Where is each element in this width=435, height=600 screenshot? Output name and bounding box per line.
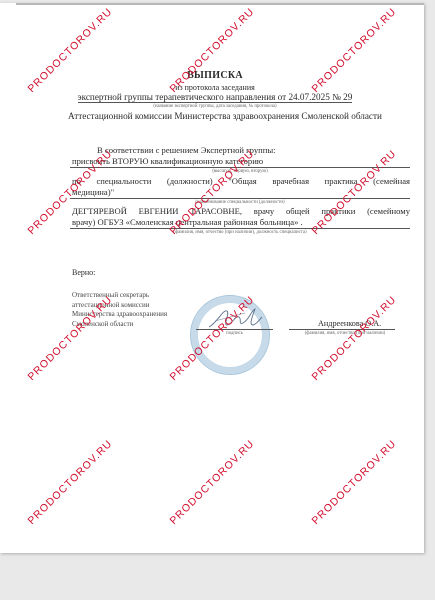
assign-category-text: присвоить ВТОРУЮ квалификационную катего… xyxy=(72,156,263,166)
watermark: PRODOCTOROV.RU xyxy=(168,6,257,95)
secretary-line: Ответственный секретарь xyxy=(72,291,167,301)
watermark: PRODOCTOROV.RU xyxy=(26,6,115,95)
secretary-block: Ответственный секретарь аттестационной к… xyxy=(72,291,167,329)
secretary-line: Министерства здравоохранения xyxy=(72,310,167,320)
recipient-underline xyxy=(70,228,410,229)
group-line-wrap: экспертной группы терапевтического напра… xyxy=(0,92,424,102)
watermark: PRODOCTOROV.RU xyxy=(310,6,399,95)
category-caption: (высшую, первую, вторую) xyxy=(70,169,410,174)
signer-caption: (фамилия, имя, отчество (при наличии) xyxy=(286,331,404,336)
page-top-edge xyxy=(16,3,424,5)
document-subtitle: из протокола заседания xyxy=(0,83,424,92)
specialty-line-1: по специальности (должности) "Общая врач… xyxy=(72,176,410,186)
signature-caption: подпись xyxy=(196,331,273,336)
expert-group-line: экспертной группы терапевтического напра… xyxy=(78,92,353,103)
specialty-line-2: медицина)" xyxy=(72,187,114,197)
signature-underline xyxy=(196,329,273,330)
signer-name: Андреенкова О.А. xyxy=(318,319,381,328)
document-title: ВЫПИСКА xyxy=(0,70,424,81)
recipient-line-2: врачу) ОГБУЗ «Смоленская центральная рай… xyxy=(72,217,303,227)
recipient-caption: (фамилия, имя, отчество (при наличии), д… xyxy=(70,230,410,235)
watermark: PRODOCTOROV.RU xyxy=(310,148,399,237)
watermark: PRODOCTOROV.RU xyxy=(310,438,399,527)
group-caption: (название экспертной группы, дата заседа… xyxy=(0,104,424,109)
watermark: PRODOCTOROV.RU xyxy=(168,438,257,527)
signer-underline xyxy=(289,329,395,330)
watermark: PRODOCTOROV.RU xyxy=(310,294,399,383)
specialty-underline xyxy=(70,198,410,199)
verified-label: Верно: xyxy=(72,268,95,277)
intro-text: В соответствии с решением Экспертной гру… xyxy=(97,145,276,155)
document-page: ВЫПИСКА из протокола заседания экспертно… xyxy=(0,3,424,553)
category-underline xyxy=(70,167,410,168)
specialty-caption: (наименование специальности (должности) xyxy=(70,200,410,205)
commission-line: Аттестационной комиссии Министерства здр… xyxy=(0,111,424,121)
watermark: PRODOCTOROV.RU xyxy=(26,438,115,527)
secretary-line: Смоленской области xyxy=(72,320,167,330)
recipient-line-1: ДЕГТЯРЕВОЙ ЕВГЕНИИ ТАРАСОВНЕ, врачу обще… xyxy=(72,206,410,216)
secretary-line: аттестационной комиссии xyxy=(72,301,167,311)
